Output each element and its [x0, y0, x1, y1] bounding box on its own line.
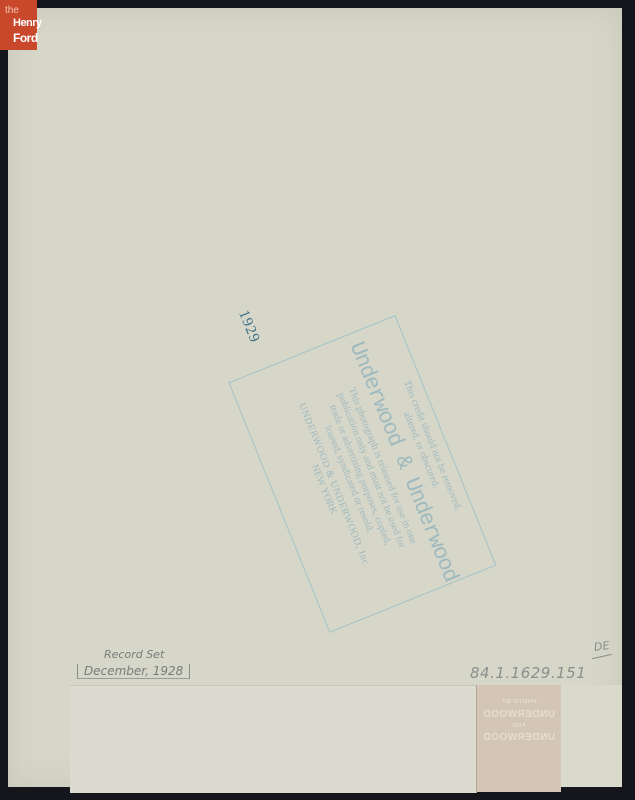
handwritten-record-date: December, 1928	[77, 664, 190, 679]
label-line: AND	[477, 723, 561, 729]
accession-number: 84.1.1629.151	[470, 664, 586, 682]
label-line: PHOTO BY	[477, 699, 561, 705]
attached-credit-label: PHOTO BY UNDERWOOD AND UNDERWOOD	[476, 685, 561, 792]
label-line: UNDERWOOD	[477, 709, 561, 720]
handwritten-record-set: Record Set	[104, 648, 164, 661]
logo-henry: Henry	[13, 18, 42, 29]
attached-paper-strip	[70, 685, 477, 793]
henry-ford-logo[interactable]: the Henry Ford	[0, 0, 37, 50]
logo-the: the	[5, 6, 19, 16]
paper-right-margin	[560, 685, 622, 787]
handwritten-initials: DE	[593, 639, 610, 654]
label-line: UNDERWOOD	[477, 732, 561, 743]
logo-ford: Ford	[13, 32, 38, 44]
